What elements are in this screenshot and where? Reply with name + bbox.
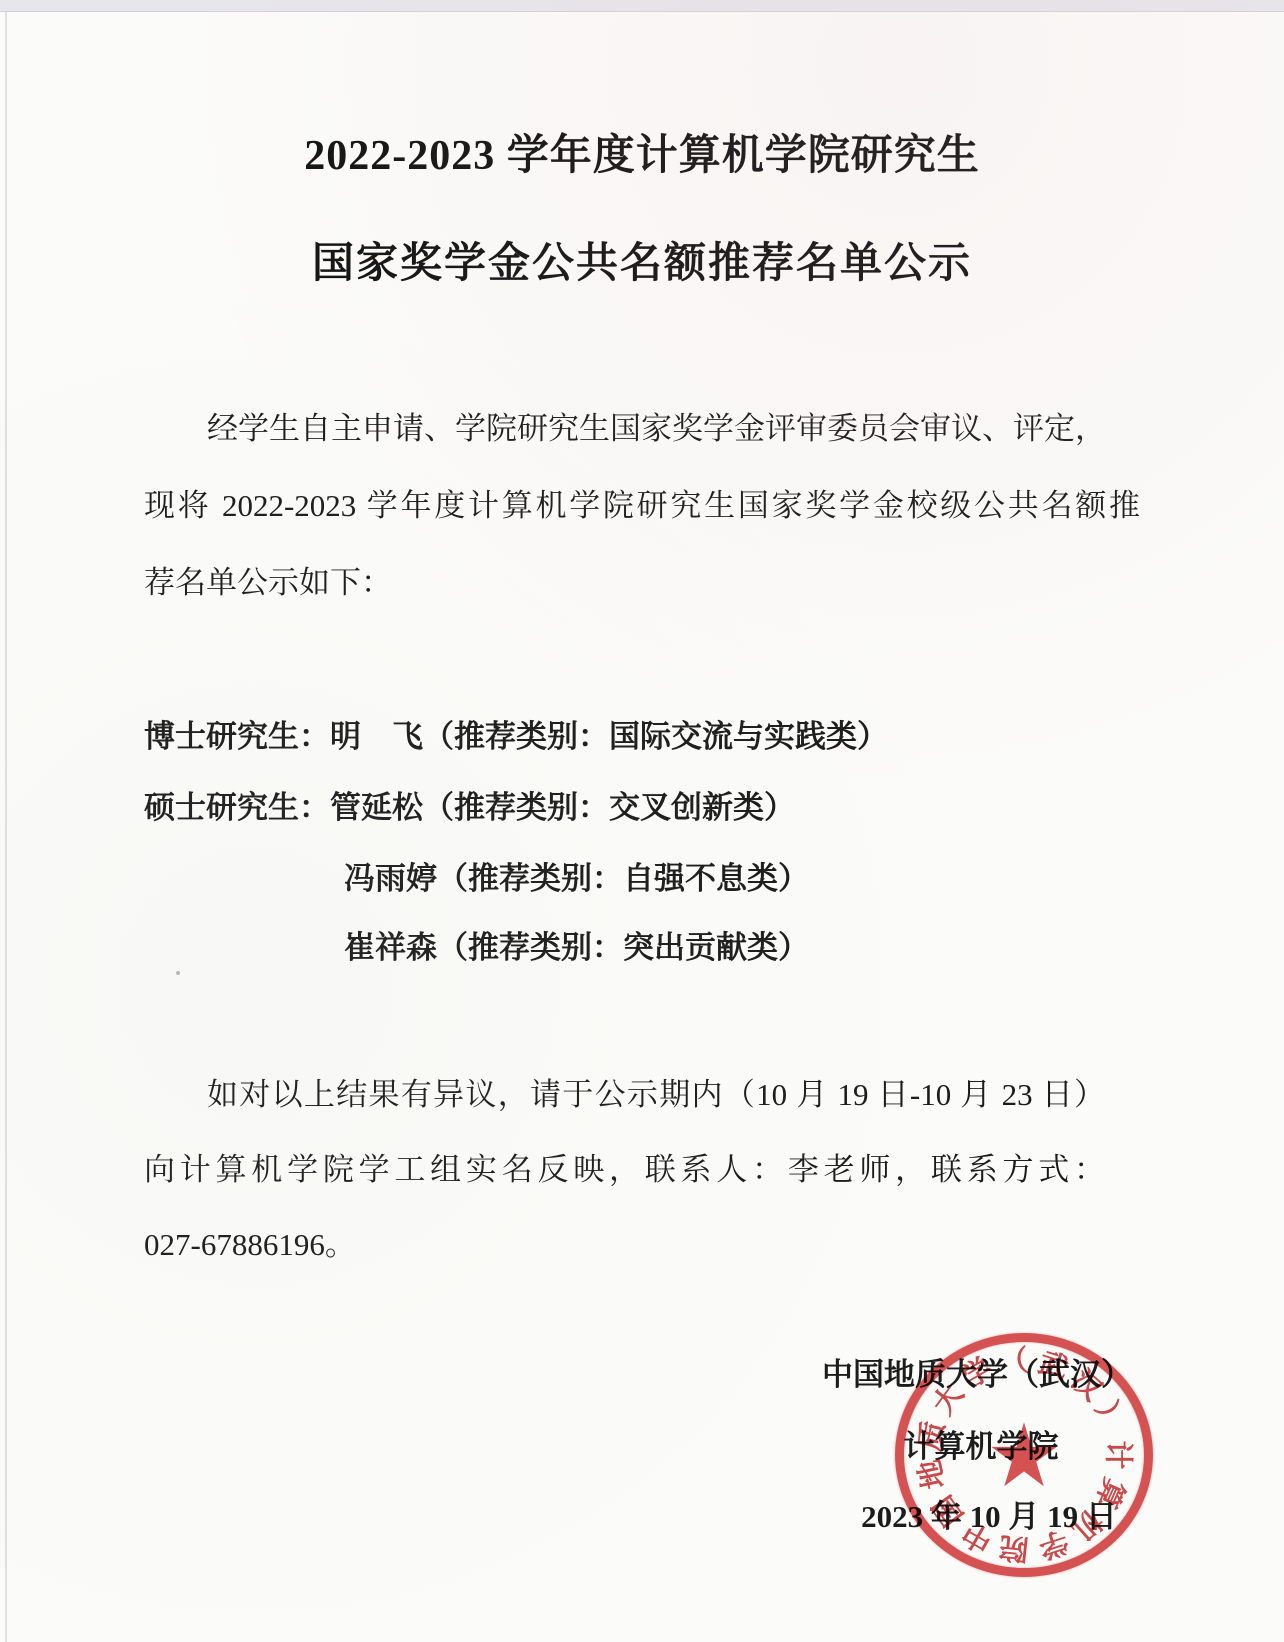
title-line-1: 2022-2023 学年度计算机学院研究生 — [0, 122, 1284, 182]
seal-ring-char: 武 — [1034, 1348, 1071, 1385]
official-seal: 中国地质大学（武汉）计算机学院 — [895, 1333, 1153, 1577]
notice-line-1: 如对以上结果有异议，请于公示期内（10 月 19 日-10 月 23 日） — [207, 1076, 1105, 1115]
title-line-2: 国家奖学金公共名额推荐名单公示 — [0, 230, 1284, 290]
document-page: 2022-2023 学年度计算机学院研究生 国家奖学金公共名额推荐名单公示 经学… — [0, 0, 1284, 1642]
seal-ring-char: 质 — [916, 1418, 950, 1452]
seal-ring-char: 院 — [998, 1532, 1030, 1564]
seal-ring-char: 计 — [1103, 1440, 1132, 1469]
seal-ring-char: 地 — [916, 1457, 950, 1491]
intro-line-3: 荐名单公示如下： — [144, 564, 392, 603]
notice-line-3: 027-67886196。 — [144, 1226, 356, 1265]
seal-ring-char: 汉 — [1066, 1365, 1107, 1406]
seal-ring-char: 算 — [1090, 1474, 1128, 1512]
notice-line-2: 向计算机学院学工组实名反映，联系人：李老师，联系方式： — [144, 1151, 1105, 1190]
seal-ring-char: 国 — [928, 1489, 969, 1530]
seal-ring-char: 机 — [1066, 1504, 1107, 1545]
seal-star-icon — [990, 1419, 1058, 1491]
student-line-master-3: 崔祥森（推荐类别：突出贡献类） — [344, 929, 809, 968]
seal-ring-char: 中 — [958, 1516, 998, 1556]
seal-ring-char: 学 — [958, 1355, 998, 1395]
seal-ring-char: （ — [998, 1347, 1030, 1379]
seal-ring-char: 学 — [1034, 1525, 1071, 1562]
student-line-master-1: 硕士研究生：管延松（推荐类别：交叉创新类） — [144, 789, 795, 828]
scan-stray-dot — [176, 971, 180, 975]
seal-ring-char: 大 — [928, 1380, 969, 1421]
student-line-doctoral: 博士研究生：明 飞（推荐类别：国际交流与实践类） — [144, 718, 888, 757]
seal-ring-char: ） — [1090, 1398, 1128, 1436]
scan-top-edge — [0, 0, 1284, 12]
intro-line-1: 经学生自主申请、学院研究生国家奖学金评审委员会审议、评定， — [207, 410, 1106, 449]
intro-line-2: 现将 2022-2023 学年度计算机学院研究生国家奖学金校级公共名额推 — [144, 487, 1140, 526]
student-line-master-2: 冯雨婷（推荐类别：自强不息类） — [344, 860, 809, 899]
